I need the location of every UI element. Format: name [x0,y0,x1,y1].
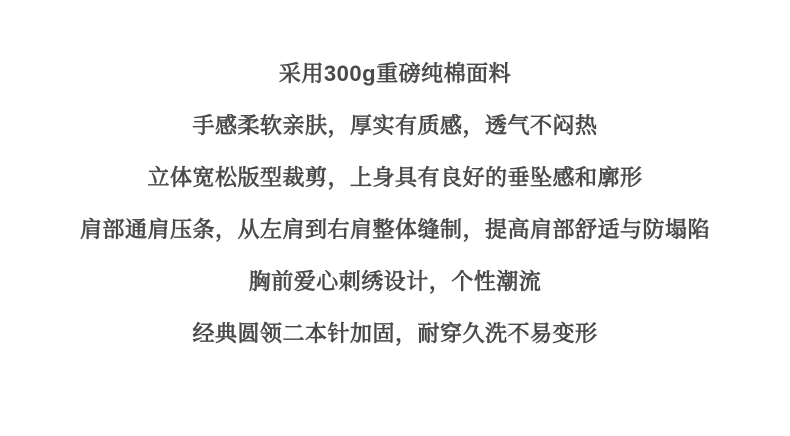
feature-line-fit: 立体宽松版型裁剪，上身具有良好的垂坠感和廓形 [0,152,790,204]
feature-line-shoulder: 肩部通肩压条，从左肩到右肩整体缝制，提高肩部舒适与防塌陷 [0,204,790,256]
feature-line-embroidery: 胸前爱心刺绣设计，个性潮流 [0,256,790,308]
product-description-block: 采用300g重磅纯棉面料 手感柔软亲肤，厚实有质感，透气不闷热 立体宽松版型裁剪… [0,0,790,360]
feature-line-feel: 手感柔软亲肤，厚实有质感，透气不闷热 [0,100,790,152]
feature-line-fabric: 采用300g重磅纯棉面料 [0,48,790,100]
feature-line-collar: 经典圆领二本针加固，耐穿久洗不易变形 [0,308,790,360]
